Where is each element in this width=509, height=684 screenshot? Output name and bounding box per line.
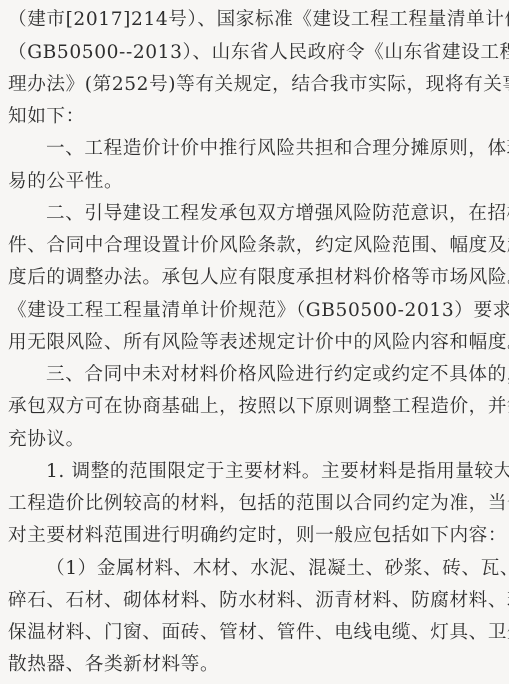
text-line: 易的公平性。 — [8, 166, 505, 198]
list-item-1: （1）金属材料、木材、水泥、混凝土、砂浆、砖、瓦、砂子、 — [46, 553, 505, 585]
text-line: 工程造价比例较高的材料，包括的范围以合同约定为准，当合同未 — [8, 488, 505, 520]
text-line: 碎石、石材、砌体材料、防水材料、沥青材料、防腐材料、玻璃、 — [8, 585, 505, 617]
text-line: 保温材料、门窗、面砖、管材、管件、电线电缆、灯具、卫生洁具、 — [8, 617, 505, 649]
text-line: 对主要材料范围进行明确约定时，则一般应包括如下内容： — [8, 520, 505, 552]
text-line: 理办法》(第252号)等有关规定，结合我市实际，现将有关事项通 — [8, 69, 505, 101]
text-line: （GB50500--2013）、山东省人民政府令《山东省建设工程造价管 — [8, 37, 505, 69]
sub-item-1: 1. 调整的范围限定于主要材料。主要材料是指用量较大、占 — [46, 456, 505, 488]
text-line: 用无限风险、所有风险等表述规定计价中的风险内容和幅度。 — [8, 327, 505, 359]
section-heading-2: 二、引导建设工程发承包双方增强风险防范意识，在招标文 — [46, 198, 505, 230]
text-line: 《建设工程工程量清单计价规范》（GB50500-2013）要求，不得采 — [8, 295, 505, 327]
section-heading-1: 一、工程造价计价中推行风险共担和合理分摊原则，体现交 — [46, 133, 505, 165]
text-line: 充协议。 — [8, 424, 505, 456]
text-line: 件、合同中合理设置计价风险条款，约定风险范围、幅度及超出幅 — [8, 230, 505, 262]
text-line: 散热器、各类新材料等。 — [8, 649, 505, 681]
text-line: 承包双方可在协商基础上，按照以下原则调整工程造价，并签订补 — [8, 391, 505, 423]
text-line: （建市[2017]214号）、国家标准《建设工程工程量清单计价规范》 — [8, 4, 505, 36]
text-line: 知如下： — [8, 101, 505, 133]
text-line: 度后的调整办法。承包人应有限度承担材料价格等市场风险。按照 — [8, 262, 505, 294]
section-heading-3: 三、合同中未对材料价格风险进行约定或约定不具体的，发 — [46, 359, 505, 391]
document-page: （建市[2017]214号）、国家标准《建设工程工程量清单计价规范》 （GB50… — [0, 0, 509, 684]
